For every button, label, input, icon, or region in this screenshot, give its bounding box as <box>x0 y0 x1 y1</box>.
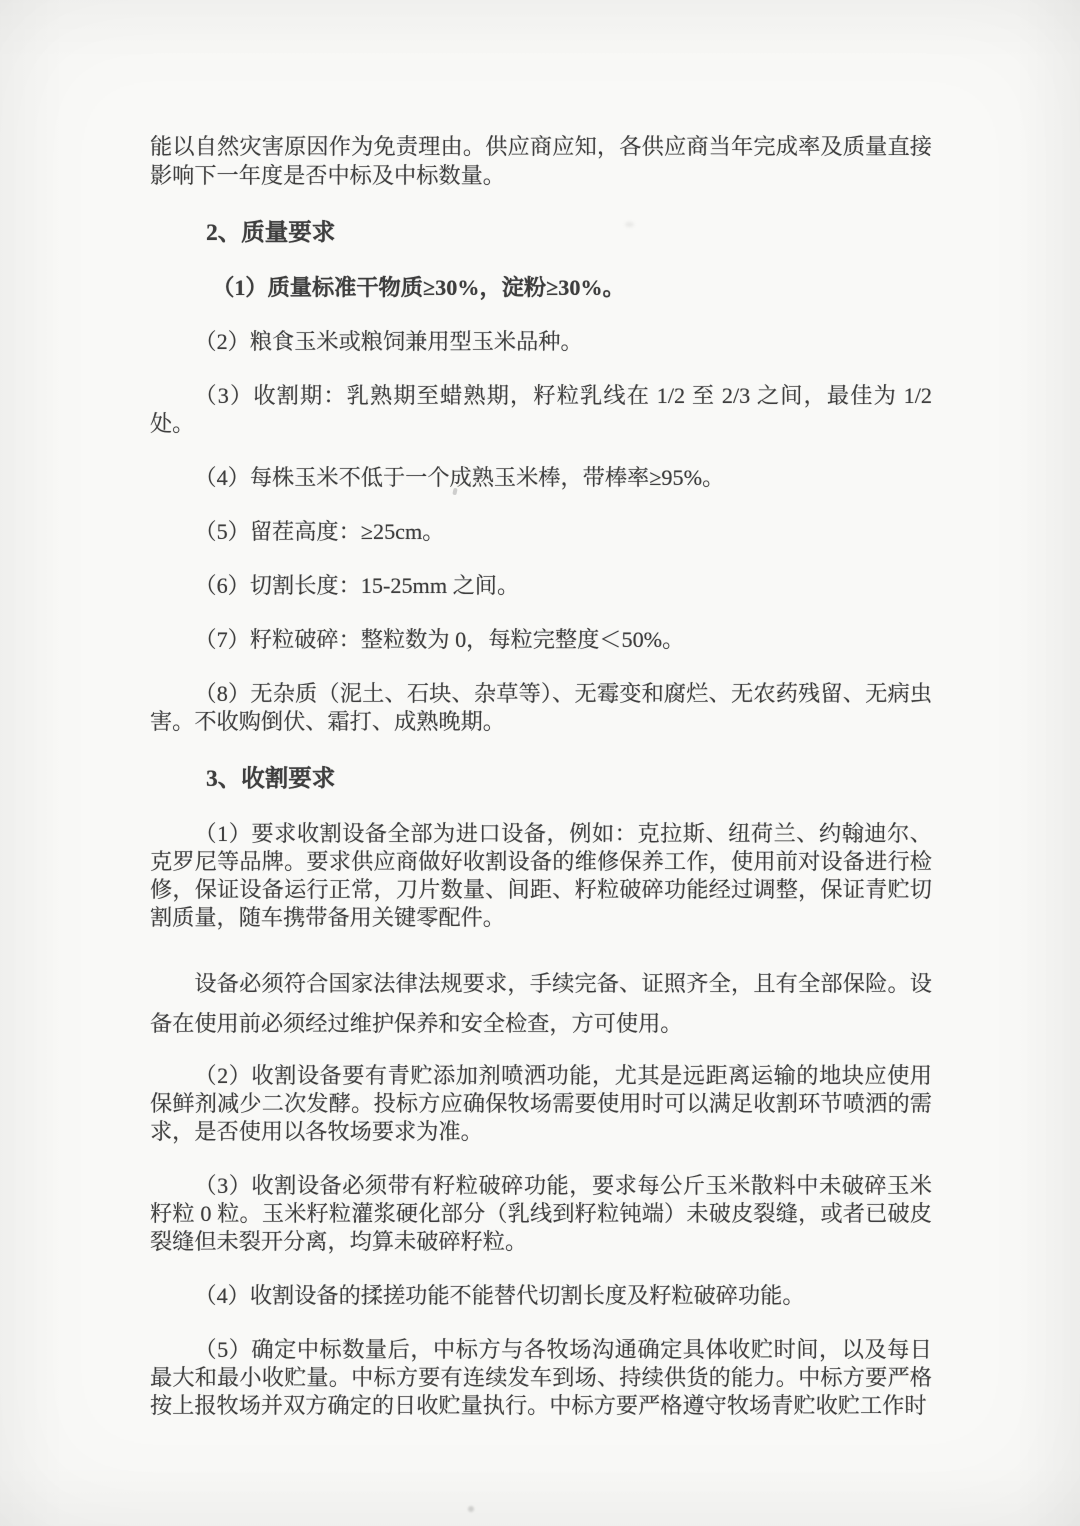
document-content: 能以自然灾害原因作为免责理由。供应商应知，各供应商当年完成率及质量直接影响下一年… <box>150 132 932 1446</box>
harvest-item-4: （4）收割设备的揉搓功能不能替代切割长度及籽粒破碎功能。 <box>150 1282 932 1310</box>
section-heading-quality-requirements: 2、质量要求 <box>206 218 932 248</box>
quality-item-2: （2）粮食玉米或粮饲兼用型玉米品种。 <box>150 328 932 356</box>
quality-item-5: （5）留茬高度：≥25cm。 <box>150 518 932 546</box>
harvest-item-1-continuation: 设备必须符合国家法律法规要求，手续完备、证照齐全，且有全部保险。设备在使用前必须… <box>150 964 932 1044</box>
document-page: 能以自然灾害原因作为免责理由。供应商应知，各供应商当年完成率及质量直接影响下一年… <box>0 0 1080 1526</box>
quality-item-6: （6）切割长度：15-25mm 之间。 <box>150 572 932 600</box>
harvest-item-2: （2）收割设备要有青贮添加剂喷洒功能，尤其是远距离运输的地块应使用保鲜剂减少二次… <box>150 1062 932 1146</box>
quality-item-1: （1）质量标准干物质≥30%，淀粉≥30%。 <box>150 274 932 302</box>
harvest-item-3: （3）收割设备必须带有籽粒破碎功能，要求每公斤玉米散料中未破碎玉米籽粒 0 粒。… <box>150 1172 932 1256</box>
quality-item-3: （3）收割期：乳熟期至蜡熟期，籽粒乳线在 1/2 至 2/3 之间，最佳为 1/… <box>150 382 932 438</box>
scan-artifact <box>468 1506 474 1512</box>
quality-item-7: （7）籽粒破碎：整粒数为 0，每粒完整度＜50%。 <box>150 626 932 654</box>
harvest-item-1: （1）要求收割设备全部为进口设备，例如：克拉斯、纽荷兰、约翰迪尔、克罗尼等品牌。… <box>150 820 932 932</box>
harvest-item-5: （5）确定中标数量后，中标方与各牧场沟通确定具体收贮时间，以及每日最大和最小收贮… <box>150 1336 932 1420</box>
intro-paragraph: 能以自然灾害原因作为免责理由。供应商应知，各供应商当年完成率及质量直接影响下一年… <box>150 132 932 190</box>
quality-item-8: （8）无杂质（泥土、石块、杂草等）、无霉变和腐烂、无农药残留、无病虫害。不收购倒… <box>150 680 932 736</box>
section-heading-harvest-requirements: 3、收割要求 <box>206 764 932 794</box>
quality-item-4: （4）每株玉米不低于一个成熟玉米棒，带棒率≥95%。 <box>150 464 932 492</box>
